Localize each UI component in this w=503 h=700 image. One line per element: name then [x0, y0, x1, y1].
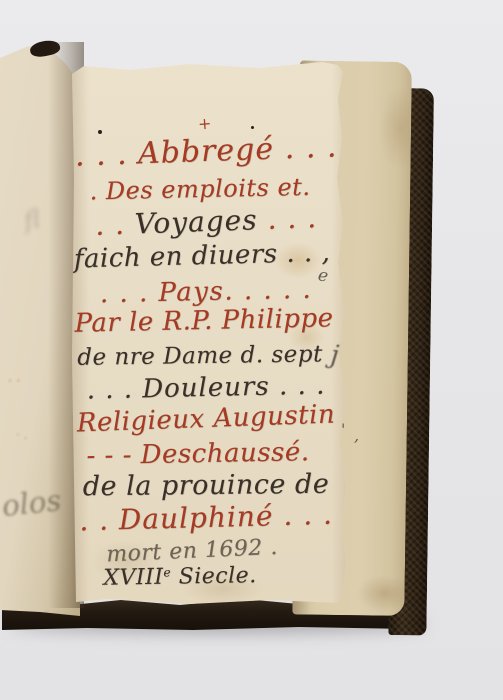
title-page: + . . . Abbregé . . . . Des emploits et.…	[70, 58, 348, 605]
manuscript-line-abbrege: . . . Abbregé . . .	[73, 129, 338, 173]
cross-mark: +	[197, 114, 212, 134]
manuscript-line-faich: faich en diuers . . ,	[70, 238, 335, 275]
manuscript-line-province: de la prouince de	[74, 469, 338, 503]
manuscript-line-voyages: . . Voyages . . .	[74, 200, 339, 242]
ghost-writing: fl	[22, 205, 43, 235]
photo-antique-book: / fl · · olos · . iv + . . . Abbregé . .…	[0, 0, 503, 700]
ghost-writing: · .	[16, 428, 27, 442]
edge-ink-mark: ,	[354, 426, 359, 445]
manuscript-line-daulphine: . . Daulphiné . . .	[74, 498, 339, 538]
edge-ink-mark: '	[341, 420, 345, 439]
manuscript-line-religieux: Religieux Augustin	[74, 399, 339, 438]
ink-blot	[251, 126, 254, 129]
manuscript-line-deschausse: - - - Deschaussé.	[66, 437, 330, 472]
manuscript-line-xviii-siecle: XVIIIe Siecle.	[48, 562, 312, 592]
manuscript-line-par-le-rp: Par le R.P. Philippe	[72, 303, 337, 339]
ink-blot	[98, 130, 102, 134]
manuscript-line-notre-dame: de nre Dame d. sept	[68, 341, 332, 371]
manuscript-line-des-emploits: . Des emploits et.	[68, 172, 333, 206]
ghost-writing: · ·	[8, 374, 20, 389]
